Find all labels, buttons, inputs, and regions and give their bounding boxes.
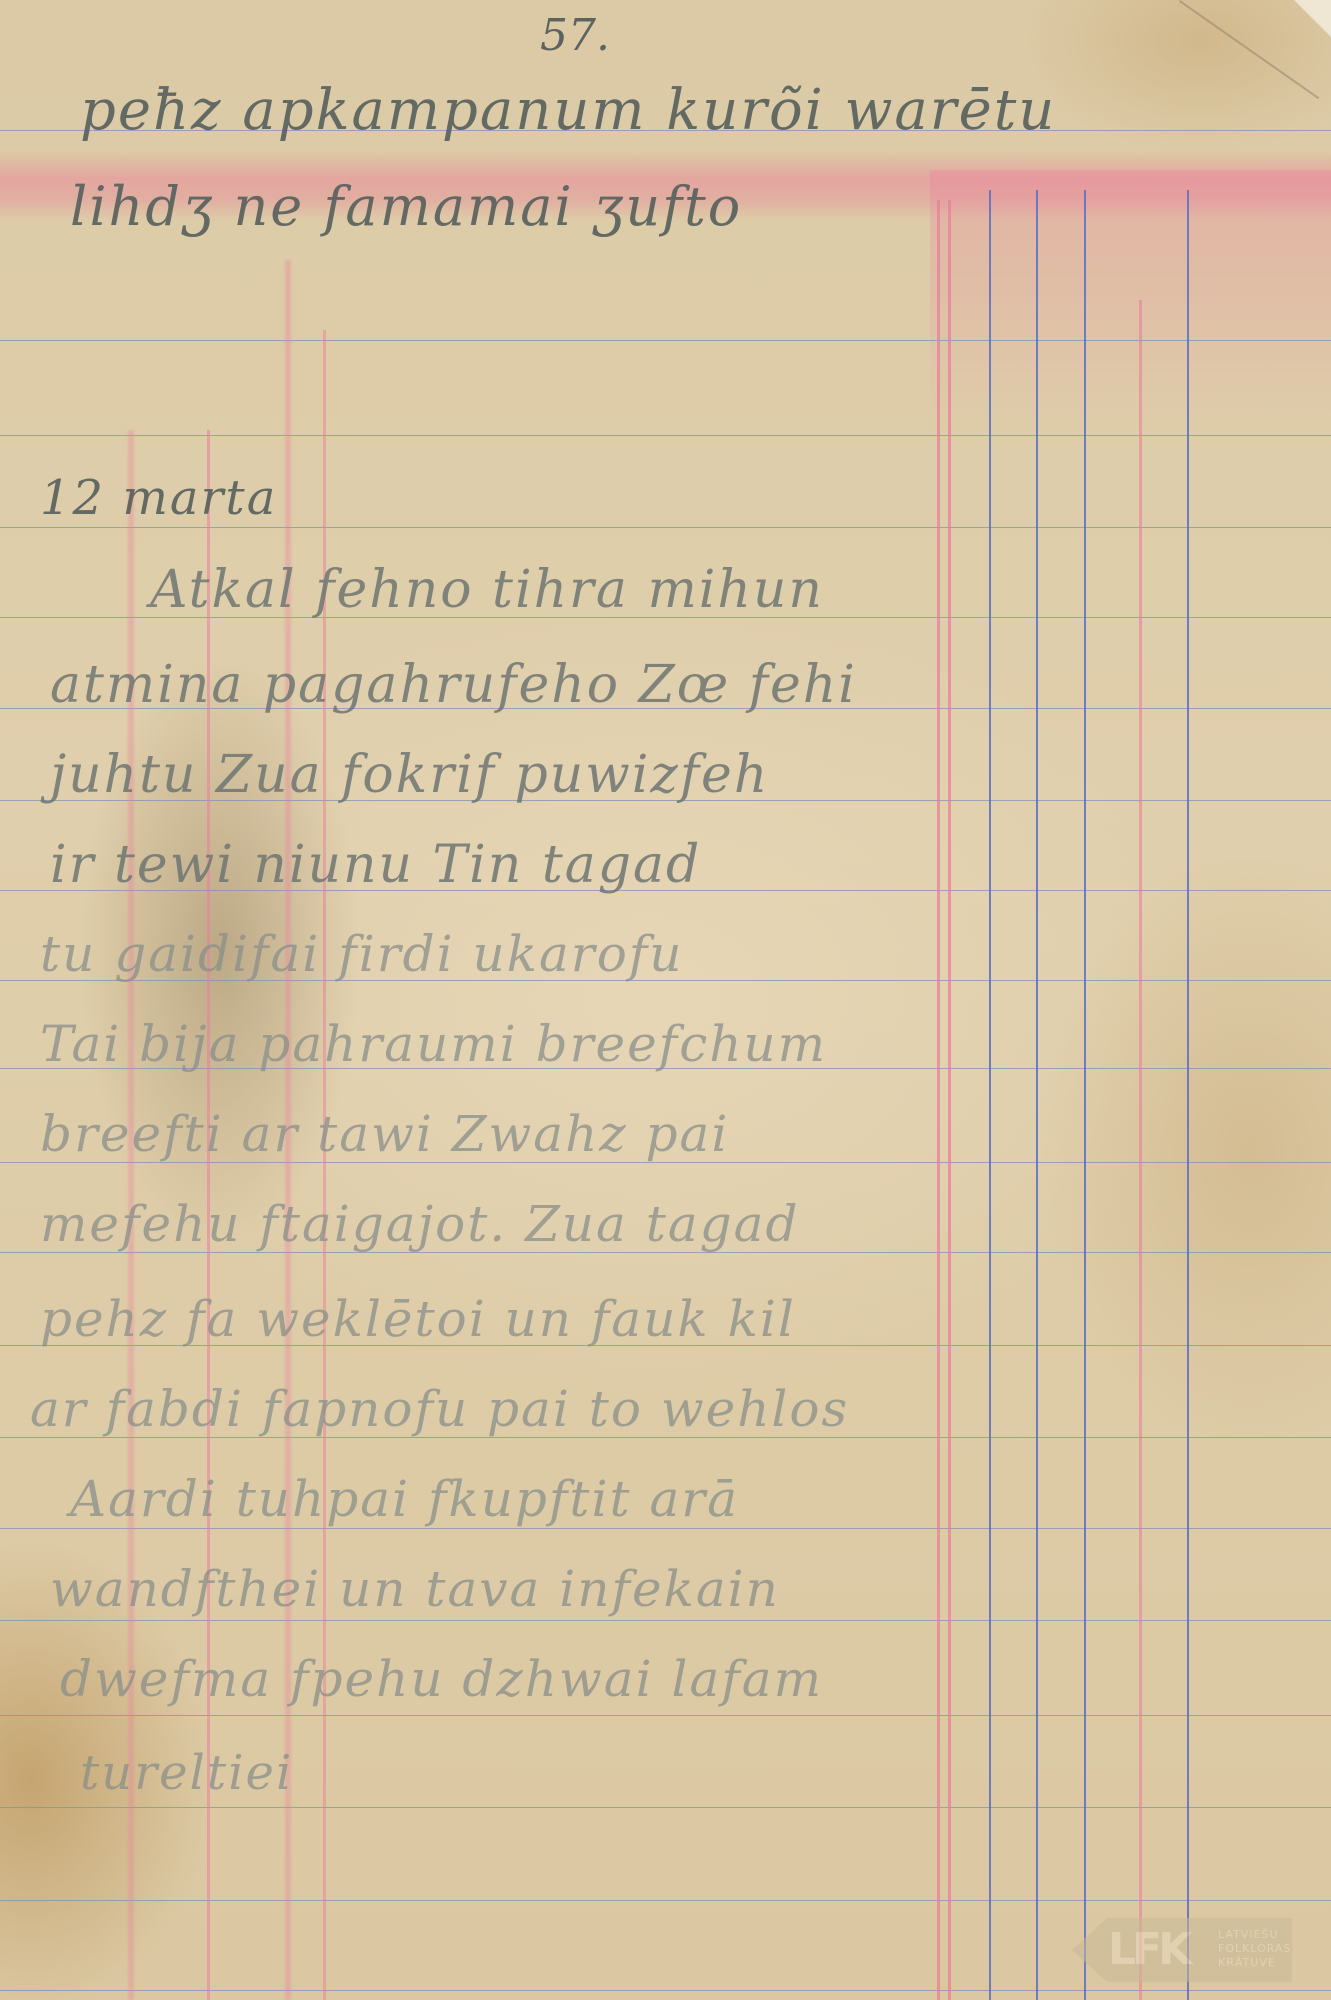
handwritten-line: breefti ar tawi Zwahz pai	[40, 1105, 729, 1163]
ruled-line	[0, 1990, 1331, 1991]
ruled-line	[0, 1620, 1331, 1621]
column-line-blue	[1036, 190, 1038, 2000]
handwritten-line: ir tewi niunu Tin tagad	[50, 835, 701, 895]
handwritten-line: wandfthei un tava infekain	[50, 1560, 780, 1618]
handwritten-line: atmina pagahrufeho Zœ fehi	[50, 655, 857, 715]
date-heading: 12 marta	[40, 470, 277, 526]
page-number: 57.	[540, 10, 610, 61]
handwritten-line: juhtu Zua fokrif puwizfeh	[50, 745, 769, 805]
manuscript-page: 57. peħz apkampanum kurõi warētu lihdʒ n…	[0, 0, 1331, 2000]
watermark-line: KRĀTUVE	[1218, 1956, 1291, 1970]
column-line-pink	[948, 200, 951, 2000]
ruled-line	[0, 527, 1331, 528]
handwritten-line: lihdʒ ne famamai ʒufto	[70, 175, 742, 238]
handwritten-line: pehz fa weklētoi un fauk kil	[40, 1290, 796, 1348]
ruled-line	[0, 340, 1331, 341]
handwritten-line: ar fabdi fapnofu pai to wehlos	[30, 1380, 849, 1438]
watermark-line: FOLKLORAS	[1218, 1942, 1291, 1956]
handwritten-line: peħz apkampanum kurõi warētu	[80, 78, 1056, 143]
handwritten-line: Tai bija pahraumi breefchum	[40, 1015, 827, 1073]
column-line-pink	[1139, 300, 1142, 2000]
column-line-pink	[937, 200, 940, 2000]
handwritten-line: mefehu ftaigajot. Zua tagad	[40, 1195, 799, 1253]
watermark-line: LATVIEŠU	[1218, 1928, 1291, 1942]
column-line-blue	[1084, 190, 1086, 2000]
handwritten-line: tureltiei	[80, 1745, 293, 1801]
ruled-line	[0, 1528, 1331, 1529]
handwritten-line: dwefma fpehu dzhwai lafam	[60, 1650, 823, 1708]
ruled-line	[0, 435, 1331, 436]
handwritten-line: Aardi tuhpai fkupftit arā	[70, 1470, 739, 1528]
handwritten-line: tu gaidifai firdi ukarofu	[40, 925, 684, 983]
ruled-line	[0, 1900, 1331, 1901]
watermark-logo: LFK	[1108, 1924, 1188, 1975]
archive-watermark: LFK LATVIEŠU FOLKLORAS KRĀTUVE	[1072, 1918, 1292, 1982]
ruled-line	[0, 1807, 1331, 1808]
watermark-text: LATVIEŠU FOLKLORAS KRĀTUVE	[1218, 1928, 1291, 1970]
handwritten-line: Atkal fehno tihra mihun	[150, 560, 824, 620]
torn-corner	[1211, 0, 1331, 80]
ruled-line	[0, 1715, 1331, 1716]
column-line-blue	[1187, 190, 1189, 2000]
column-line-blue	[989, 190, 991, 2000]
